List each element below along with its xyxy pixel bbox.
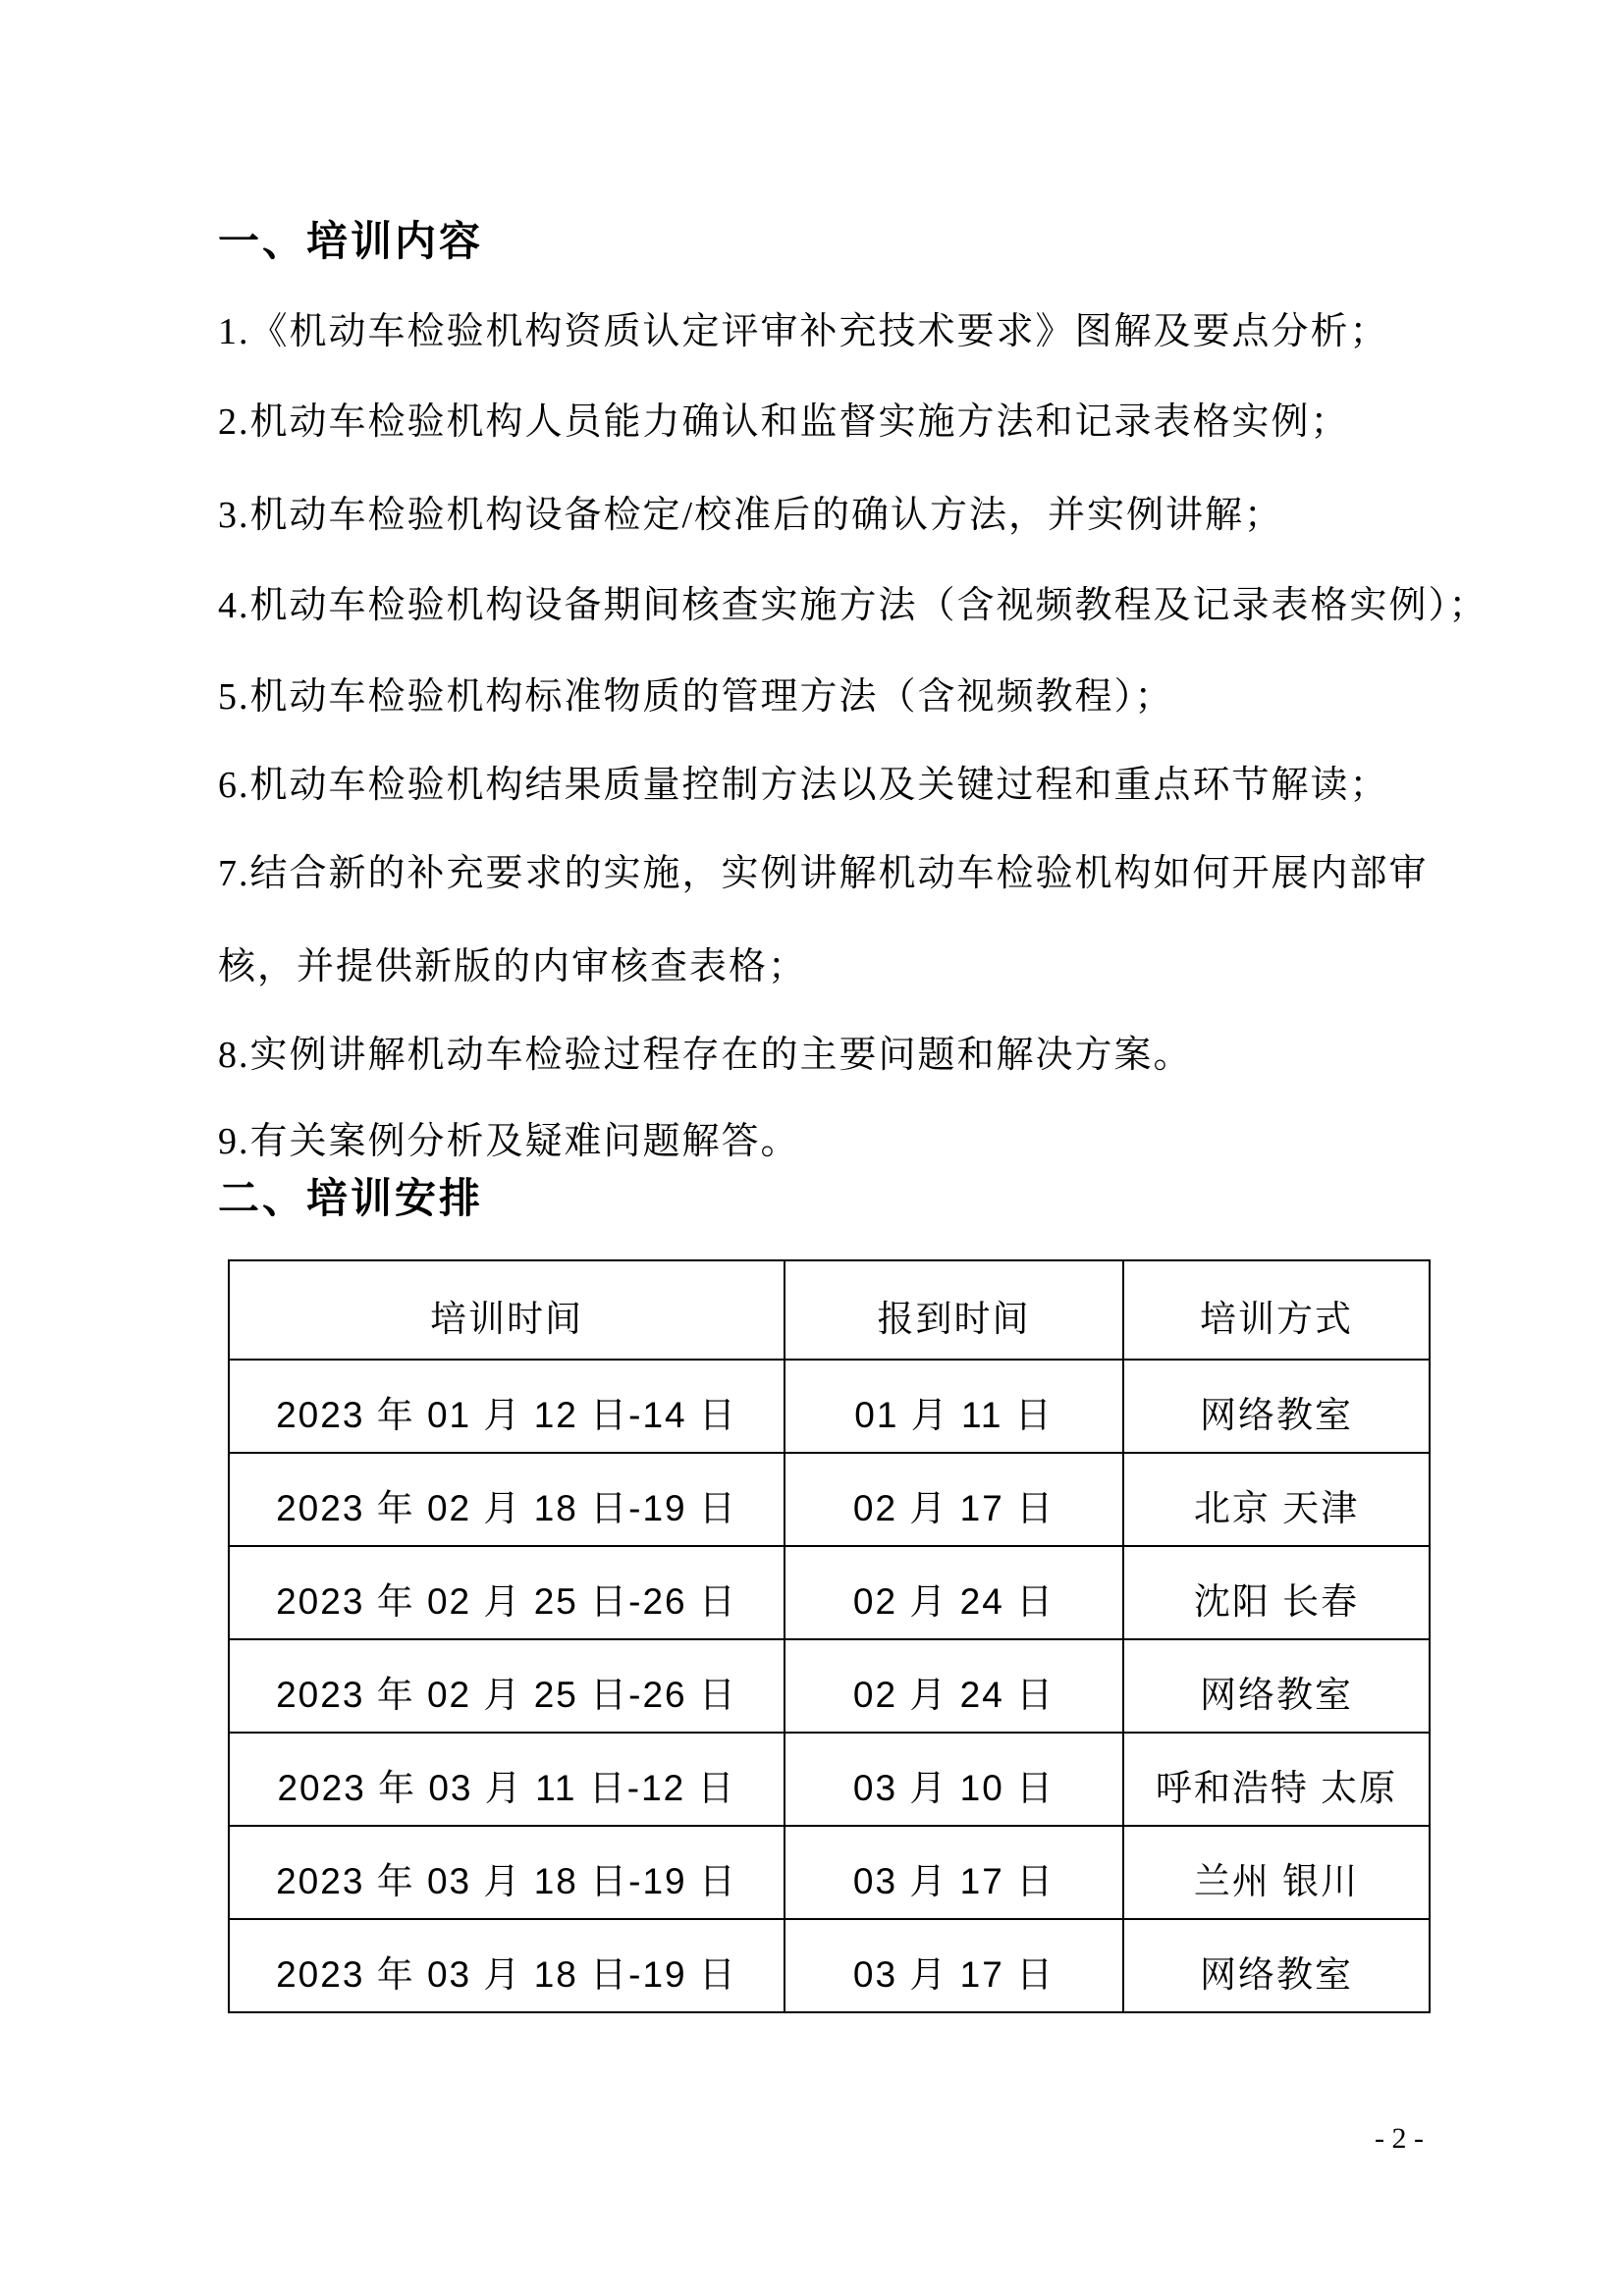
cell-training-mode: 网络教室 xyxy=(1123,1360,1430,1453)
training-schedule-table: 培训时间 报到时间 培训方式 2023 年 01 月 12 日-14 日 01 … xyxy=(228,1259,1431,2013)
cell-training-mode: 兰州 银川 xyxy=(1123,1826,1430,1919)
cell-training-time: 2023 年 02 月 25 日-26 日 xyxy=(229,1639,785,1733)
cell-report-time: 02 月 24 日 xyxy=(785,1546,1123,1639)
content-item-8: 8.实例讲解机动车检验过程存在的主要问题和解决方案。 xyxy=(218,1030,1193,1081)
cell-report-time: 02 月 17 日 xyxy=(785,1453,1123,1546)
cell-training-time: 2023 年 03 月 11 日-12 日 xyxy=(229,1733,785,1826)
table-row: 2023 年 03 月 18 日-19 日 03 月 17 日 兰州 银川 xyxy=(229,1826,1430,1919)
cell-training-time: 2023 年 03 月 18 日-19 日 xyxy=(229,1826,785,1919)
col-header-training-mode: 培训方式 xyxy=(1123,1260,1430,1360)
page-number: - 2 - xyxy=(1375,2122,1424,2156)
table-row: 2023 年 02 月 25 日-26 日 02 月 24 日 网络教室 xyxy=(229,1639,1430,1733)
content-item-9: 9.有关案例分析及疑难问题解答。 xyxy=(218,1116,800,1167)
content-item-2: 2.机动车检验机构人员能力确认和监督实施方法和记录表格实例； xyxy=(218,397,1350,448)
section-heading-training-schedule: 二、培训安排 xyxy=(218,1173,483,1226)
cell-training-mode: 呼和浩特 太原 xyxy=(1123,1733,1430,1826)
table-row: 2023 年 03 月 18 日-19 日 03 月 17 日 网络教室 xyxy=(229,1919,1430,2012)
section-heading-training-content: 一、培训内容 xyxy=(218,216,483,269)
content-item-3: 3.机动车检验机构设备检定/校准后的确认方法，并实例讲解； xyxy=(218,490,1283,541)
cell-training-time: 2023 年 02 月 25 日-26 日 xyxy=(229,1546,785,1639)
cell-training-mode: 北京 天津 xyxy=(1123,1453,1430,1546)
content-item-7-line-1: 7.结合新的补充要求的实施，实例讲解机动车检验机构如何开展内部审 xyxy=(218,848,1429,899)
cell-training-time: 2023 年 03 月 18 日-19 日 xyxy=(229,1919,785,2012)
cell-report-time: 03 月 17 日 xyxy=(785,1826,1123,1919)
table-row: 2023 年 02 月 25 日-26 日 02 月 24 日 沈阳 长春 xyxy=(229,1546,1430,1639)
cell-report-time: 03 月 10 日 xyxy=(785,1733,1123,1826)
col-header-report-time: 报到时间 xyxy=(785,1260,1123,1360)
cell-report-time: 03 月 17 日 xyxy=(785,1919,1123,2012)
content-item-1: 1.《机动车检验机构资质认定评审补充技术要求》图解及要点分析； xyxy=(218,306,1389,357)
cell-report-time: 02 月 24 日 xyxy=(785,1639,1123,1733)
content-item-6: 6.机动车检验机构结果质量控制方法以及关键过程和重点环节解读； xyxy=(218,760,1389,811)
content-item-4: 4.机动车检验机构设备期间核查实施方法（含视频教程及记录表格实例）； xyxy=(218,580,1489,631)
table-row: 2023 年 02 月 18 日-19 日 02 月 17 日 北京 天津 xyxy=(229,1453,1430,1546)
table-header-row: 培训时间 报到时间 培训方式 xyxy=(229,1260,1430,1360)
document-page: 一、培训内容 1.《机动车检验机构资质认定评审补充技术要求》图解及要点分析； 2… xyxy=(0,0,1624,2296)
cell-training-mode: 网络教室 xyxy=(1123,1639,1430,1733)
cell-training-mode: 网络教室 xyxy=(1123,1919,1430,2012)
table-row: 2023 年 03 月 11 日-12 日 03 月 10 日 呼和浩特 太原 xyxy=(229,1733,1430,1826)
cell-report-time: 01 月 11 日 xyxy=(785,1360,1123,1453)
content-item-5: 5.机动车检验机构标准物质的管理方法（含视频教程）； xyxy=(218,671,1174,722)
cell-training-time: 2023 年 02 月 18 日-19 日 xyxy=(229,1453,785,1546)
cell-training-mode: 沈阳 长春 xyxy=(1123,1546,1430,1639)
content-item-7-line-2: 核，并提供新版的内审核查表格； xyxy=(218,941,807,992)
table-row: 2023 年 01 月 12 日-14 日 01 月 11 日 网络教室 xyxy=(229,1360,1430,1453)
cell-training-time: 2023 年 01 月 12 日-14 日 xyxy=(229,1360,785,1453)
col-header-training-time: 培训时间 xyxy=(229,1260,785,1360)
